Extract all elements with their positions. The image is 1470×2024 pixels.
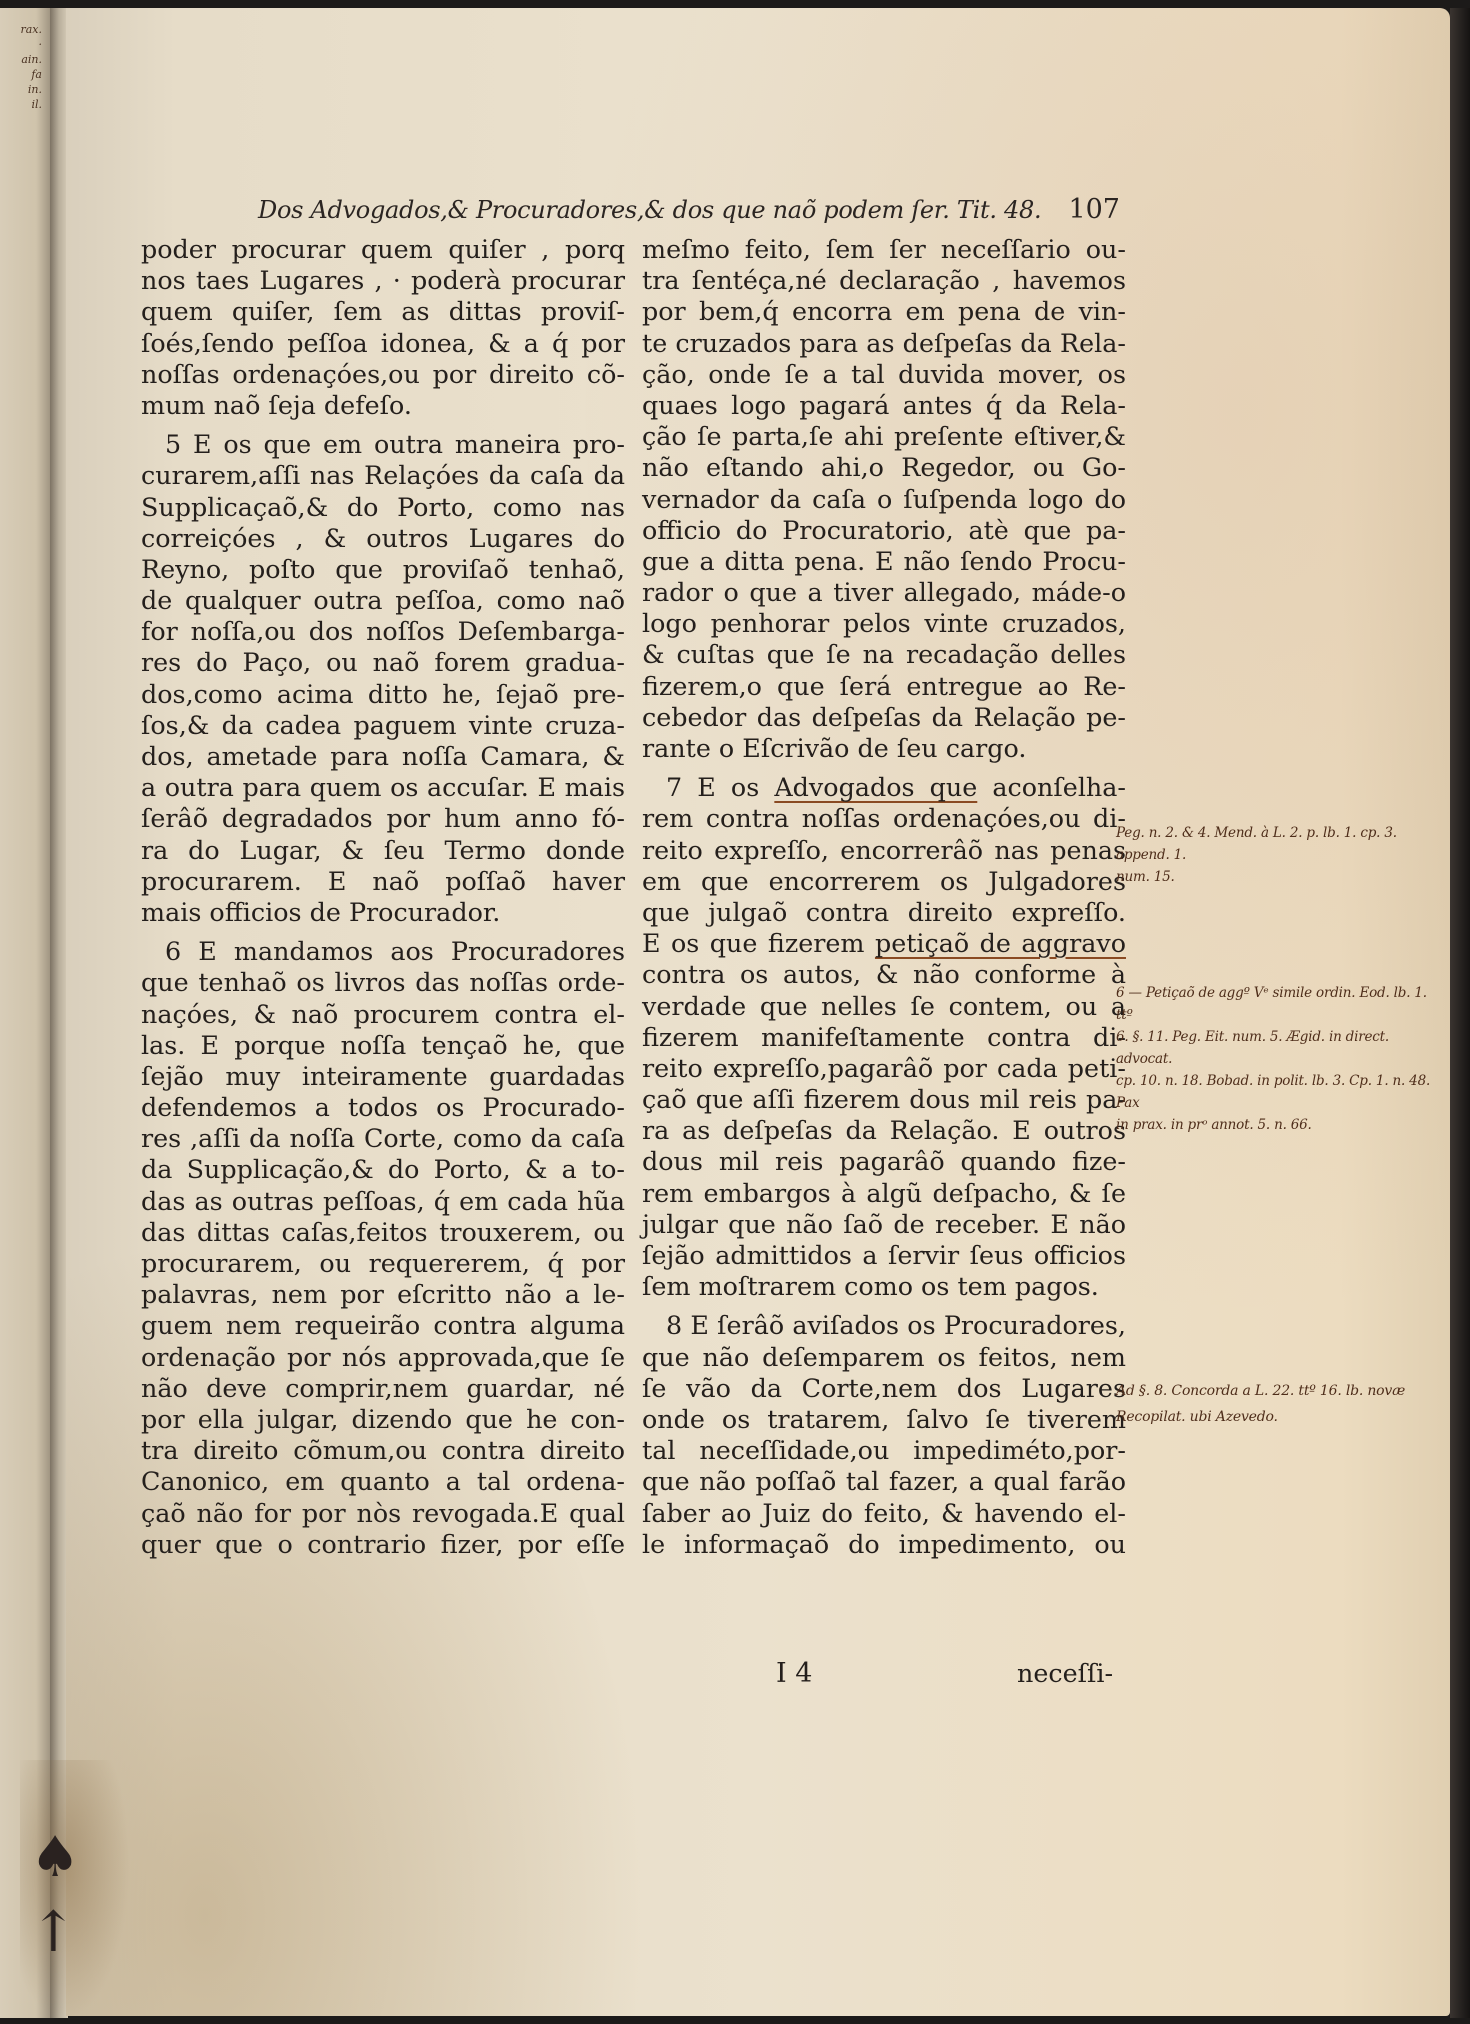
text-line: reito expreſſo, encorrerâõ nas penas [642, 835, 1126, 866]
text-line: por ella julgar, dizendo que he con- [141, 1404, 625, 1435]
text-line: E os que fizerem petiçaõ de aggravo [642, 928, 1126, 959]
signature-mark: I 4 [776, 1658, 812, 1689]
text-line: mais officios de Procurador. [141, 897, 625, 928]
text-line: ção ſe parta,ſe ahi preſente eſtiver,& [642, 421, 1126, 452]
page-edge-shadow [1450, 8, 1470, 2018]
ink-blot-mark: ♠ [30, 1830, 80, 1886]
text-line: tra ſentéça,né declaração , havemos [642, 265, 1126, 296]
text-line: Reyno, poſto que proviſaõ tenhaõ, [141, 554, 625, 585]
text-line: meſmo feito, ſem ſer neceſſario ou- [642, 234, 1126, 265]
text-line: 8 E ſerâõ aviſados os Procuradores, [642, 1310, 1126, 1341]
text-line: Supplicaçaõ,& do Porto, como nas [141, 492, 625, 523]
text-line: rante o Eſcrivão de ſeu cargo. [642, 733, 1126, 764]
text-line: ſaber ao Juiz do feito, & havendo el- [642, 1498, 1126, 1529]
facing-page-marginalia: rax.·ain.fain.il. [2, 22, 42, 112]
manuscript-underline: petiçaõ de aggravo [875, 928, 1126, 958]
text-line: rem embargos à algũ deſpacho, & ſe [642, 1178, 1126, 1209]
text-line: dous mil reis pagarâõ quando fize- [642, 1146, 1126, 1177]
text-line: çaõ não for por nòs revogada.E qual [141, 1498, 625, 1529]
text-column-left: poder procurar quem quiſer , porqnos tae… [141, 234, 625, 1560]
marginal-note-line: in prax. in prᵒ annot. 5. n. 66. [1116, 1114, 1446, 1136]
text-line: a outra para quem os accuſar. E mais [141, 772, 625, 803]
facing-page-note: ain. [2, 52, 42, 67]
text-line: julgar que não ſaõ de receber. E não [642, 1209, 1126, 1240]
marginal-note-line: 6. §. 11. Peg. Eit. num. 5. Ægid. in dir… [1116, 1026, 1446, 1070]
marginal-note-section-8: Ad §. 8. Concorda a L. 22. ttº 16. lb. n… [1116, 1378, 1446, 1430]
text-line: curarem,aſſi nas Relaçóes da caſa da [141, 460, 625, 491]
text-line: 5 E os que em outra maneira pro- [141, 429, 625, 460]
text-line: gue a ditta pena. E não ſendo Procu- [642, 546, 1126, 577]
text-line: naçóes, & naõ procurem contra el- [141, 999, 625, 1030]
text-line: quaes logo pagará antes q́ da Rela- [642, 390, 1126, 421]
text-line: çaõ que aſſi fizerem dous mil reis pa- [642, 1084, 1126, 1115]
text-line: que tenhaõ os livros das noſſas orde- [141, 967, 625, 998]
text-line: for noſſa,ou dos noſſos Deſembarga- [141, 616, 625, 647]
text-line: procurarem. E naõ poſſaõ haver [141, 866, 625, 897]
facing-page-note: rax. [2, 22, 42, 37]
marginal-note-section-6: 6 — Petiçaõ de aggº Vᵉ simile ordin. Eod… [1116, 982, 1446, 1136]
text-line: logo penhorar pelos vinte cruzados, [642, 608, 1126, 639]
marginal-note-line: Peg. n. 2. & 4. Mend. à L. 2. p. lb. 1. … [1116, 822, 1446, 866]
text-line: poder procurar quem quiſer , porq [141, 234, 625, 265]
text-line: correiçóes , & outros Lugares do [141, 523, 625, 554]
text-line: vernador da caſa o ſuſpenda logo do [642, 484, 1126, 515]
text-line: ſejão admittidos a ſervir ſeus officios [642, 1240, 1126, 1271]
text-line: fizerem manifeſtamente contra di- [642, 1022, 1126, 1053]
text-line: nos taes Lugares , · poderà procurar [141, 265, 625, 296]
text-line: fizerem,o que ſerá entregue ao Re- [642, 671, 1126, 702]
text-line: por bem,q́ encorra em pena de vin- [642, 296, 1126, 327]
marginal-note-line: cp. 10. n. 18. Bobad. in polit. lb. 3. C… [1116, 1070, 1446, 1114]
marginal-note-line: Recopilat. ubi Azevedo. [1116, 1404, 1446, 1430]
marginal-note-line: 6 — Petiçaõ de aggº Vᵉ simile ordin. Eod… [1116, 982, 1446, 1026]
text-line: dos,como acima ditto he, ſejaõ pre- [141, 679, 625, 710]
text-line: quer que o contrario fizer, por eſſe [141, 1529, 625, 1560]
text-line: guem nem requeirão contra alguma [141, 1310, 625, 1341]
text-line: le informaçaõ do impedimento, ou [642, 1529, 1126, 1560]
running-head: Dos Advogados,& Procuradores,& dos que n… [258, 196, 1120, 236]
text-line: ſejão muy inteiramente guardadas [141, 1061, 625, 1092]
text-line: das as outras peſſoas, q́ em cada hũa [141, 1186, 625, 1217]
text-line: officio do Procuratorio, atè que pa- [642, 515, 1126, 546]
text-line: & cuſtas que ſe na recadação delles [642, 639, 1126, 670]
water-stain [20, 1760, 130, 2020]
marginal-note-section-7: Peg. n. 2. & 4. Mend. à L. 2. p. lb. 1. … [1116, 822, 1446, 888]
text-line: ordenação por nós approvada,que ſe [141, 1342, 625, 1373]
text-line: da Supplicação,& do Porto, & a to- [141, 1154, 625, 1185]
text-line: noſſas ordenaçóes,ou por direito cõ- [141, 359, 625, 390]
text-line: ſe vão da Corte,nem dos Lugares [642, 1373, 1126, 1404]
text-line: palavras, nem por eſcritto não a le- [141, 1279, 625, 1310]
text-line: que não poſſaõ tal fazer, a qual farão [642, 1466, 1126, 1497]
running-head-title: Dos Advogados,& Procuradores,& dos que n… [258, 196, 1041, 224]
ink-arrow-mark: ↑ [30, 1905, 77, 1961]
text-line: dos, ametade para noſſa Camara, & [141, 741, 625, 772]
text-line: ra as deſpeſas da Relação. E outros [642, 1115, 1126, 1146]
text-line: te cruzados para as deſpeſas da Rela- [642, 328, 1126, 359]
text-line: contra os autos, & não conforme à [642, 959, 1126, 990]
page-number: 107 [1068, 194, 1120, 225]
text-line: verdade que nelles ſe contem, ou a [642, 991, 1126, 1022]
text-line: ſos,& da cadea paguem vinte cruza- [141, 710, 625, 741]
marginal-note-line: num. 15. [1116, 866, 1446, 888]
text-line: onde os tratarem, ſalvo ſe tiverem [642, 1404, 1126, 1435]
text-line: res do Paço, ou naõ forem gradua- [141, 647, 625, 678]
text-line: tal neceſſidade,ou impediméto,por- [642, 1435, 1126, 1466]
text-line: ſerâõ degradados por hum anno fó- [141, 803, 625, 834]
catchword: neceſſi- [1017, 1658, 1113, 1688]
marginal-note-line: Ad §. 8. Concorda a L. 22. ttº 16. lb. n… [1116, 1378, 1446, 1404]
facing-page-note: · [2, 37, 42, 52]
text-line: ſoés,ſendo peſſoa idonea, & a q́ por [141, 328, 625, 359]
text-line: cebedor das deſpeſas da Relação pe- [642, 702, 1126, 733]
text-line: mum naõ ſeja defeſo. [141, 390, 625, 421]
text-column-right: meſmo feito, ſem ſer neceſſario ou-tra ſ… [642, 234, 1126, 1560]
text-line: procurarem, ou requererem, q́ por [141, 1248, 625, 1279]
text-line: não eſtando ahi,o Regedor, ou Go- [642, 452, 1126, 483]
facing-page-note: fa [2, 67, 42, 82]
text-line: quem quiſer, ſem as dittas proviſ- [141, 296, 625, 327]
text-line: las. E porque noſſa tençaõ he, que [141, 1030, 625, 1061]
text-line: ſem moſtrarem como os tem pagos. [642, 1271, 1126, 1302]
text-line: ra do Lugar, & ſeu Termo donde [141, 835, 625, 866]
text-line: ção, onde ſe a tal duvida mover, os [642, 359, 1126, 390]
text-line: reito expreſſo,pagarâõ por cada peti- [642, 1053, 1126, 1084]
text-line: 7 E os Advogados que aconſelha- [642, 772, 1126, 803]
manuscript-underline: Advogados que [774, 772, 977, 802]
text-line: que julgaõ contra direito expreſſo. [642, 897, 1126, 928]
facing-page-note: in. [2, 82, 42, 97]
text-line: não deve comprir,nem guardar, né [141, 1373, 625, 1404]
text-line: Canonico, em quanto a tal ordena- [141, 1466, 625, 1497]
facing-page-note: il. [2, 97, 42, 112]
facing-page-edge: rax.·ain.fain.il. [0, 8, 52, 2018]
text-line: 6 E mandamos aos Procuradores [141, 936, 625, 967]
text-line: defendemos a todos os Procurado- [141, 1092, 625, 1123]
text-line: que não deſemparem os feitos, nem [642, 1342, 1126, 1373]
text-line: de qualquer outra peſſoa, como naõ [141, 585, 625, 616]
text-line: em que encorrerem os Julgadores [642, 866, 1126, 897]
text-line: tra direito cõmum,ou contra direito [141, 1435, 625, 1466]
text-line: rador o que a tiver allegado, máde-o [642, 577, 1126, 608]
text-line: rem contra noſſas ordenaçóes,ou di- [642, 803, 1126, 834]
text-line: res ,aſſi da noſſa Corte, como da caſa [141, 1123, 625, 1154]
text-line: das dittas caſas,feitos trouxerem, ou [141, 1217, 625, 1248]
